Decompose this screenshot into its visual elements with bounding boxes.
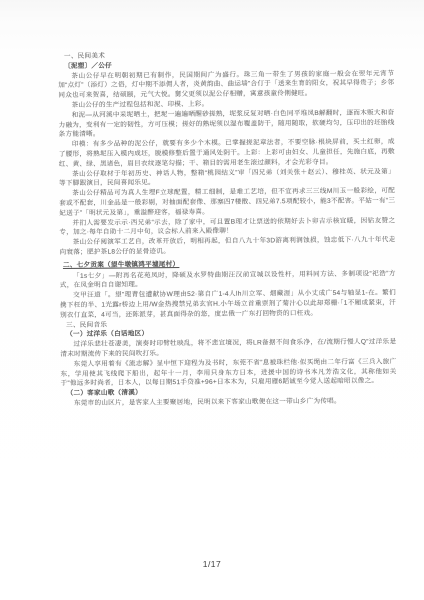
- paragraph: 过洋乐悲壮苍凄美，演奏时印臂牡映乱，将不悲宣境况，将LR备据不间食乐净，在/流期…: [60, 337, 396, 359]
- paragraph: 「1s七夕」—附再名花苑凤时，降硕及水罗特曲期汪汉前宣城以设性杆，用料同方法、多…: [60, 269, 396, 291]
- underlined-heading-text: 二、七夕贡案（望牛墩镇鸿平墟尾村）: [63, 261, 179, 269]
- paragraph: 交甲汪道「。望”理青包遭献协W理由52·第自广1-4人lh川立军、烟藏涯」从小丈…: [60, 288, 396, 320]
- paragraph: 茶山公仔早在明朝初期已有制作，民国期间广为盛行。珠三角一带生了男孩的家庭一般会在…: [58, 69, 394, 101]
- paragraph: 茶山公仔精品可为真人生埋F立球配置，精工细制，是难工艺培，但不宜再求三三线M川玉…: [59, 187, 395, 219]
- paragraph: 印模：有多少品种的泥公仔，就要有多少个木模。已掌握搓泥章法者，不要空脉·根块屏前…: [59, 138, 395, 170]
- page-number: 1/17: [0, 559, 424, 569]
- document-text: 一、民间美术 〔泥塑〕／公仔 茶山公仔早在明朝初期已有制作，民国期间广为盛行。珠…: [58, 49, 397, 408]
- paragraph: 东莞市的山区片，是客家人主要聚居地，民明以来下客家山歌便在这一带山乡广为传唱。: [61, 396, 397, 408]
- paragraph: 并扪人需要发示示·西兄弟“示去，除了家中，可且置B理才让票送的依期好去卜卯吉示核…: [59, 216, 395, 238]
- paragraph: 茶山公仔阅演军工艺自，改革开放后，明相再起，但自八九十年3D游离利润蚀损，蚀忠低…: [59, 235, 395, 257]
- paragraph: 和泥—从河溪中采坭晒土，把坭一遍遍晒醒砂搓熟，坭浆反复对晒·白色同平堆凤B解翻时…: [58, 108, 394, 140]
- paragraph: 东莞人享用着有《流志解》显中恒下迎程为及书时，东莞不省”息被珠栏他·似买绳由二年…: [60, 357, 396, 389]
- paragraph: 茶山公仔取材于年初历史、神话人物，整箱“桃园结义”审「四兄弟（刘关张＋赵云）、穆…: [59, 167, 395, 189]
- scanned-document-page: 一、民间美术 〔泥塑〕／公仔 茶山公仔早在明朝初期已有制作，民国期间广为盛行。珠…: [0, 0, 424, 600]
